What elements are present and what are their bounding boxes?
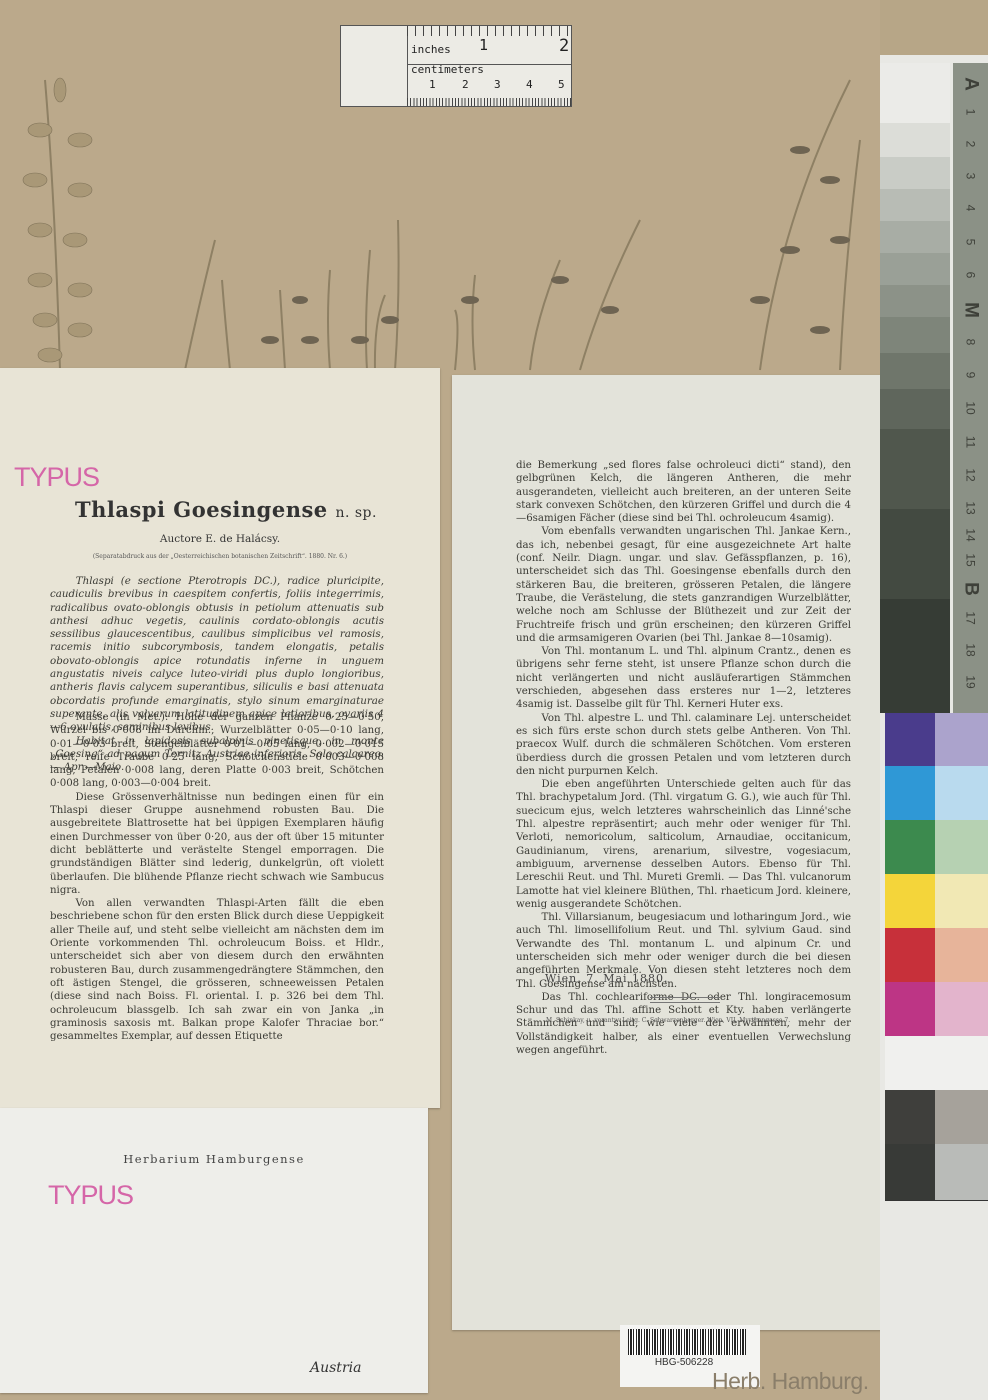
new-species-marker: n. sp. [335, 505, 377, 521]
color-patch-purple-dark [885, 713, 935, 767]
author-line: Auctore E. de Halácsy. [0, 533, 440, 545]
gray-label: 9 [964, 358, 978, 393]
gray-patch [880, 253, 950, 285]
color-patch-red-light [935, 928, 988, 983]
color-patch-red-dark [885, 928, 935, 983]
german-description: Masse (in Met.): Höhe der ganzen Pflanze… [50, 711, 384, 1043]
gray-patch [880, 509, 950, 599]
gray-label: 12 [964, 458, 978, 493]
gray-label: 2 [964, 127, 978, 162]
color-patch-cool-gray [935, 1144, 988, 1201]
right-paragraph: Vom ebenfalls verwandten ungarischen Thl… [516, 525, 851, 645]
right-paragraph: Von Thl. alpestre L. und Thl. calaminare… [516, 712, 851, 778]
gray-patch [880, 157, 950, 189]
right-page-text: die Bemerkung „sed flores false ochroleu… [516, 459, 851, 1057]
gray-patch [880, 189, 950, 221]
gray-patch [880, 123, 950, 157]
herbarium-name: Herbarium Hamburgense [0, 1152, 428, 1166]
typus-stamp-bottom: TYPUS [48, 1180, 133, 1211]
color-patch-cyan-dark [885, 766, 935, 821]
gray-label: M [960, 293, 982, 328]
barcode-number: HBG-506228 [620, 1357, 748, 1368]
color-patch-green-light [935, 820, 988, 875]
gray-label: 11 [964, 425, 978, 460]
color-patch-black [885, 1090, 935, 1145]
color-patch-black-2 [885, 1144, 935, 1201]
color-patch-magenta-dark [885, 982, 935, 1037]
gray-patch [880, 429, 950, 509]
color-patch-cyan-light [935, 766, 988, 821]
species-title: Thlaspi Goesingense n. sp. [75, 497, 377, 522]
gray-patch [880, 599, 950, 713]
color-patch-yellow-light [935, 874, 988, 929]
gray-patch [880, 63, 950, 123]
gray-patch [880, 389, 950, 429]
gray-patch [880, 285, 950, 317]
gray-patch [880, 317, 950, 353]
herbarium-stamp: Herb. Hamburg. [712, 1368, 869, 1395]
source-note: (Separatabdruck aus der „Oesterreichisch… [0, 553, 440, 560]
gray-label: 18 [964, 633, 978, 668]
gray-label: 4 [964, 191, 978, 226]
color-patch-white [885, 1036, 988, 1090]
gray-label: 10 [964, 391, 978, 426]
gray-label: 1 [964, 95, 978, 130]
gray-patch [880, 221, 950, 253]
measurements-text: Masse (in Met.): Höhe der ganzen Pflanze… [50, 711, 384, 791]
color-patch-magenta-light [935, 982, 988, 1037]
barcode-bars [628, 1329, 746, 1355]
color-patch-purple-light [935, 713, 988, 767]
right-paragraph: Von Thl. montanum L. und Thl. alpinum Cr… [516, 645, 851, 711]
color-patch-yellow-dark [885, 874, 935, 929]
gray-label: 3 [964, 159, 978, 194]
publication-date: Wien, 7. Mai 1880. [545, 972, 669, 985]
gray-label: 17 [964, 601, 978, 636]
gray-label: 5 [964, 225, 978, 260]
gray-label: 6 [964, 258, 978, 293]
typus-stamp-top: TYPUS [14, 462, 99, 493]
right-paragraph: die Bemerkung „sed flores false ochroleu… [516, 459, 851, 525]
herbarium-label [0, 1108, 428, 1393]
gray-label: 19 [964, 665, 978, 700]
gray-label: 8 [964, 325, 978, 360]
printer-imprint: M. Schinkay, u. verantw. Leitg. C. Schwa… [546, 1017, 790, 1024]
ornament-divider [650, 997, 720, 1003]
size-paragraph: Diese Grössenverhältnisse nun bedingen e… [50, 791, 384, 897]
color-patch-warm-gray [935, 1090, 988, 1145]
color-calibration-chart: A 1 2 3 4 5 6 M 8 9 10 11 12 13 14 15 B … [880, 55, 988, 1400]
color-patch-green-dark [885, 820, 935, 875]
gray-patch [880, 353, 950, 389]
handwritten-country: Austria [310, 1360, 361, 1376]
herbarium-sheet: inches 1 2 centimeters 1 2 3 4 5 [0, 0, 880, 1400]
species-name: Thlaspi Goesingense [75, 497, 328, 522]
gray-scale-labels: A 1 2 3 4 5 6 M 8 9 10 11 12 13 14 15 B … [953, 63, 988, 713]
right-paragraph: Die eben angeführten Unterschiede gelten… [516, 778, 851, 911]
relatives-paragraph: Von allen verwandten Thlaspi-Arten fällt… [50, 897, 384, 1043]
pressed-plant-specimens [0, 0, 880, 380]
